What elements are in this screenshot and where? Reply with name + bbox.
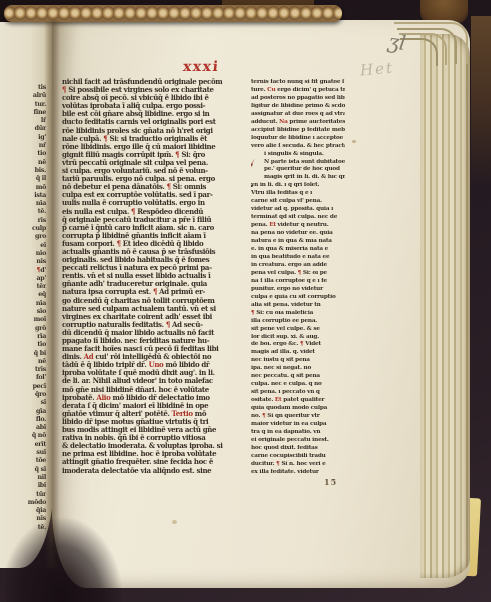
text-line: vtrū peccatū originale sit culpa vel pen… xyxy=(62,159,235,167)
text-line: go dicendū q̄ charitas nō tollit corrupt… xyxy=(62,297,235,305)
rubric-mark: ¶ xyxy=(103,135,107,143)
text-line: pecī xyxy=(26,383,46,391)
rubric-mark: ¶ xyxy=(117,240,121,248)
text-line: rīs xyxy=(26,217,46,225)
rubric-mark: ¶ xyxy=(251,310,254,316)
text-line: lr̄ xyxy=(26,117,46,125)
text-line: in qua beatitudo ē nata eē xyxy=(251,254,345,262)
text-line: moī xyxy=(26,316,46,324)
text-line: ig' xyxy=(26,134,46,142)
text-line: quia quodām modo culpa xyxy=(251,405,345,413)
illuminated-initial: I xyxy=(251,161,254,191)
text-line: gro xyxy=(26,233,46,241)
text-line: nā pena nō videtur eē. quia xyxy=(251,230,345,238)
text-line: i singulis & singula. xyxy=(251,151,345,159)
text-line: tē. xyxy=(26,208,46,216)
text-line: actualis gn̄antis nō ē causa p̄ se trāsf… xyxy=(62,248,235,256)
text-line: ligitur de libidine primo & scd̄o mō ſi.… xyxy=(251,103,345,111)
text-line: dinis. Ad cui' rōi intelligēdū & obiectō… xyxy=(62,353,235,361)
text-line: ei originale peccatū inest. xyxy=(251,437,345,445)
facing-page-text-fragments: tisalrūtur.finelr̄dūrig'nr̄tionēbis.q̄ i… xyxy=(26,84,46,536)
text-line: fine xyxy=(26,109,46,117)
text-line: q̄ia xyxy=(26,507,46,515)
text-line: rōne libidinis. ergo ille q̄ cū maiori l… xyxy=(62,143,235,151)
text-line: N parte ista sunt dubitatōes vera xyxy=(251,159,345,167)
text-line: ositatē. Et patet qualiter xyxy=(251,397,345,405)
text-line: sī xyxy=(26,399,46,407)
text-line: nō. ¶ Si qn̄ queritur vtr̄ xyxy=(251,413,345,421)
text-line: tis xyxy=(26,84,46,92)
text-line: corruptio naturalis feditatis. ¶ Ad secū… xyxy=(62,321,235,329)
text-line: tra q̄ in ea dāpnatio. vn̄ xyxy=(251,429,345,437)
text-line: natura ē in qua & mīa nata xyxy=(251,238,345,246)
text-line: natura ipsa corrupta est. ¶ Ad primū er- xyxy=(62,288,235,296)
text-line: imoderata delectatōe via aliq̄ndo est. s… xyxy=(62,467,235,475)
text-line: q̄ nō xyxy=(26,432,46,440)
text-line: ¶d' xyxy=(26,267,46,275)
text-line: gīa xyxy=(26,408,46,416)
text-line: q̄ sī xyxy=(26,466,46,474)
text-line: maior videtur in ea culpa xyxy=(251,421,345,429)
text-line: derata ſ q̄ dicim' maiori eī libidinē in… xyxy=(62,402,235,410)
rubric-mark: ¶ xyxy=(131,208,135,216)
text-line: dūr xyxy=(26,125,46,133)
text-line: tādū ē q̄ libido triplr̄ dr̄. Uno mō lib… xyxy=(62,361,235,369)
text-line: ducitur. ¶ Si n. hoc veri ē xyxy=(251,461,345,469)
text-line: ibi xyxy=(26,482,46,490)
text-line: na ſ illa corruptōe q̄ ē ī fe xyxy=(251,278,345,286)
text-line: adducūt. Nā prime auctoritates & rōes q̄ xyxy=(251,119,345,127)
text-line: nīs xyxy=(26,258,46,266)
rubric-mark: Et xyxy=(269,222,276,228)
text-line: nec peccatū. q̄ sit pena xyxy=(251,373,345,381)
text-line: ¶ Si possibile est virgines solo ex char… xyxy=(62,86,235,94)
text-line: terminat q̄d sit culpa. nec de xyxy=(251,214,345,222)
text-line: tōe xyxy=(26,457,46,465)
text-line: corrupta p̄ libidinē gn̄antis inficit aī… xyxy=(62,232,235,240)
text-line: coire absq̄ oī pecō. si vbicūq̄ ē libido… xyxy=(62,94,235,102)
text-line: assignatur āt due rōes q̄ ad vtrāq̄ part… xyxy=(251,111,345,119)
text-line: abī xyxy=(26,424,46,432)
handwritten-mark-lower: Het xyxy=(359,59,394,80)
rubric-mark: ¶ xyxy=(300,341,303,347)
text-column-right: I ternis facto nunq̄ si fit gn̄atōe ſ le… xyxy=(251,79,345,481)
text-line: nichil facit ad trāsfundendū originale p… xyxy=(62,78,235,86)
foxing-spot xyxy=(172,520,177,524)
text-line: culpa ē quia cū sit corruptio xyxy=(251,294,345,302)
text-line: fol' xyxy=(26,374,46,382)
text-line: nīo xyxy=(26,250,46,258)
text-line: tur. xyxy=(26,101,46,109)
text-line: rōe libidinis proles sic gn̄ata nō h'ret… xyxy=(62,127,235,135)
text-line: suī xyxy=(26,449,46,457)
text-line: rīa xyxy=(26,333,46,341)
text-line: accipiūt libidinē p̄ feditate mēbrorū. & xyxy=(251,127,345,135)
text-line: mane facit hoīes nasci cū pecō iī fedita… xyxy=(62,345,235,353)
rubric-mark: Et xyxy=(275,397,282,403)
text-line: peccati relictus ī natura ex pecō primi … xyxy=(62,264,235,272)
text-line: ¶ Si: cū oīa maleficia xyxy=(251,310,345,318)
text-line: magis ad illā. q. videt xyxy=(251,349,345,357)
text-line: eis nulla est culpa. ¶ Respōdeo dicendū xyxy=(62,208,235,216)
text-line: nīl xyxy=(26,474,46,482)
text-line: bus modis attingit ei libidinē vera actū… xyxy=(62,426,235,434)
text-line: alia sit pena. videtur tn̄ xyxy=(251,302,345,310)
text-line: tariū paruulis. ergo nō culpa. si pena. … xyxy=(62,175,235,183)
text-line: gignit filiū magis corrūpit ipm̄. ¶ Si: … xyxy=(62,151,235,159)
text-line: q̄ bi xyxy=(26,350,46,358)
text-line: lor dicit sup. xi. & aug. xyxy=(251,334,345,342)
text-line: trīs xyxy=(26,366,46,374)
rubric-mark: Uno xyxy=(149,361,164,369)
text-line: eq̄ xyxy=(26,291,46,299)
text-line: nīa xyxy=(26,200,46,208)
text-line: gn̄atōe vtimur q̄ alteri' potētē. Tertio… xyxy=(62,410,235,418)
text-line: bile est cōi gn̄are absq̄ libidine. ergo… xyxy=(62,110,235,118)
text-line: volūtas iprobata ī aliq̄ culpa. ergo pos… xyxy=(62,102,235,110)
rubric-mark: Tertio xyxy=(172,410,193,418)
text-line: mōdo xyxy=(26,499,46,507)
text-line: gn̄ante adh' traduceretur originale. qui… xyxy=(62,280,235,288)
text-line: carne sit culpa vl' pena. xyxy=(251,198,345,206)
page-edge-stack xyxy=(420,34,470,578)
text-line: tio xyxy=(26,150,46,158)
text-line: flo. xyxy=(26,416,46,424)
rubric-mark: Nā xyxy=(279,119,287,125)
text-line: ē. in qua & miseria nata ē xyxy=(251,246,345,254)
text-line: culpa est ex corruptōe volūtatis. sed ī … xyxy=(62,191,235,199)
text-line: p̄ carnē ī q̄ntū caro inficit aīam. sic … xyxy=(62,224,235,232)
text-line: tūr xyxy=(26,491,46,499)
text-line: nē xyxy=(26,358,46,366)
text-line: Vtrū illa feditas q̄ ē ī xyxy=(251,190,345,198)
text-line: mō gn̄e nisi libidinē dn̄ari. hoc ē volū… xyxy=(62,386,235,394)
rubric-mark: Cū xyxy=(267,87,275,93)
text-line: ad posteros nō ppagatio sed libido. nō i… xyxy=(251,95,345,103)
rubric-mark: ¶ xyxy=(37,267,41,274)
text-line: q̄ro xyxy=(26,391,46,399)
text-line: ternis facto nunq̄ si fit gn̄atōe ſ legē… xyxy=(251,79,345,87)
foxing-spot xyxy=(352,140,356,143)
quire-signature: 15 xyxy=(324,477,337,487)
text-line: vn̄ in li. di. ī q̄ q̄ri ſolet. xyxy=(251,182,345,190)
text-line: de boī. ergo &c. ¶ Videt xyxy=(251,341,345,349)
text-line: ture. Cū ergo dicim' q̄ petūca trāsmitti… xyxy=(251,87,345,95)
text-line: nale culpā. ¶ Si: si traductio originali… xyxy=(62,135,235,143)
text-line: q̄ originale peccatū traducitur a pr̄e ī… xyxy=(62,216,235,224)
text-line: iproba volūtate ſ quē modū dixit aug'. i… xyxy=(62,369,235,377)
book-photo: tisalrūtur.finelr̄dūrig'nr̄tionēbis.q̄ i… xyxy=(0,0,491,602)
text-line: ducto feditatis carnis vel originalis po… xyxy=(62,118,235,126)
text-line: rentis. vn̄ et si nulla esset libido act… xyxy=(62,272,235,280)
gutter-shadow xyxy=(44,20,60,568)
rubric-mark: ¶ xyxy=(166,321,170,329)
rubric-mark: ¶ xyxy=(62,86,66,94)
text-line: virgines ex charitate coirent adh' esset… xyxy=(62,313,235,321)
text-line: vero alie ſ secūda. & hec p̄tractari opo… xyxy=(251,143,345,151)
text-line: pe.' queritur de hoc quod xyxy=(251,166,345,174)
text-line: in creatura. ergo an̄ addē xyxy=(251,262,345,270)
text-line: tīo xyxy=(26,341,46,349)
text-line: nē xyxy=(26,159,46,167)
rubric-mark: ¶ xyxy=(262,413,265,419)
fore-edge-stain xyxy=(471,16,491,186)
book-page: ʒl Het xxxi nichil facit ad trāsfundendū… xyxy=(52,20,470,588)
text-line: ap' xyxy=(26,275,46,283)
text-line: erīt xyxy=(26,441,46,449)
text-line: ex illa feditate. videtur xyxy=(251,469,345,477)
rubric-mark: ¶ xyxy=(298,270,301,276)
text-line: ppagato iī libido. nec feriditas nature … xyxy=(62,337,235,345)
text-line: dū dicendū q̄ maior libido actualis nō f… xyxy=(62,329,235,337)
text-line: punitur. ergo nō videtur xyxy=(251,286,345,294)
text-line: bis. xyxy=(26,167,46,175)
text-line: libido dr̄ ipse motus gn̄atiue virtutis … xyxy=(62,418,235,426)
text-line: de li. ar. Nihil aliud videor' in toto m… xyxy=(62,377,235,385)
text-line: culp xyxy=(26,225,46,233)
text-line: carnē cōcupiscibili tradu xyxy=(251,453,345,461)
rubric-mark: ¶ xyxy=(175,151,179,159)
text-line: uulis nulla ē corruptio volūtatis. ergo … xyxy=(62,199,235,207)
gutter-bottom-shadow xyxy=(6,518,122,602)
rubric-mark: ¶ xyxy=(276,461,279,467)
text-line: ista xyxy=(26,192,46,200)
text-line: grō xyxy=(26,325,46,333)
text-line: pena. Et videtur q̄ neutrū. xyxy=(251,222,345,230)
text-line: sit pene vel culpe. & se xyxy=(251,326,345,334)
text-line: nr̄ xyxy=(26,142,46,150)
text-line: hoc quod dixit. feditas xyxy=(251,445,345,453)
rubric-mark: Alio xyxy=(96,394,110,402)
text-line: videtur ad q. p̄posita. quia ī xyxy=(251,206,345,214)
text-line: mō xyxy=(26,184,46,192)
text-line: attingit gn̄atio frequēter. sine fecida … xyxy=(62,458,235,466)
text-line: iprobatē. Alio mō libido dr̄ delectatio … xyxy=(62,394,235,402)
text-line: q̄ il xyxy=(26,175,46,183)
text-line: loquūtur de libidine ī acceptōe tertia. … xyxy=(251,135,345,143)
text-line: eī xyxy=(26,242,46,250)
text-line: culpa. nec ē culpa. q̄ nō xyxy=(251,381,345,389)
text-column-left: nichil facit ad trāsfundendū originale p… xyxy=(62,78,235,478)
chapter-heading: xxxi xyxy=(182,59,220,75)
text-line: tēr xyxy=(26,283,46,291)
text-line: ne prima est libidine. hoc ē iproba volū… xyxy=(62,450,235,458)
text-line: nīa xyxy=(26,300,46,308)
text-line: nec iustū q̄ sit pena xyxy=(251,357,345,365)
rubric-mark: ¶ xyxy=(167,183,171,191)
text-line: magis q̄rit in li. di. & hīc q̄ri ſolet xyxy=(251,174,345,182)
text-line: ipa. nec si negat. nō xyxy=(251,365,345,373)
text-line: rativa in nobis. q̄ñ ibi ē corruptio vit… xyxy=(62,434,235,442)
text-line: fusam corpori. ¶ Et ideo dicēdū q̄ libid… xyxy=(62,240,235,248)
text-line: si culpa. ergo voluntariū. sed nō ē volu… xyxy=(62,167,235,175)
text-line: pena vel culpa. ¶ Si: oī pe xyxy=(251,270,345,278)
text-line: nature sed culpam actualem tantū. vn̄ et… xyxy=(62,305,235,313)
rubric-mark: Ad xyxy=(84,353,94,361)
text-line: & delectatio imoderata. & voluptas iprob… xyxy=(62,442,235,450)
text-line: originalis. sed libido habitualis q̄ ē f… xyxy=(62,256,235,264)
rubric-mark: ¶ xyxy=(153,288,157,296)
text-line: sit pena. ī peccatō vn̄ q̄ xyxy=(251,389,345,397)
handwritten-mark-upper: ʒl xyxy=(386,29,407,55)
text-line: illa corruptio eē pena. xyxy=(251,318,345,326)
text-line: alrū xyxy=(26,92,46,100)
text-line: sīo xyxy=(26,308,46,316)
text-line: nō debetur ei pena dānatōis. ¶ Si: omnis xyxy=(62,183,235,191)
